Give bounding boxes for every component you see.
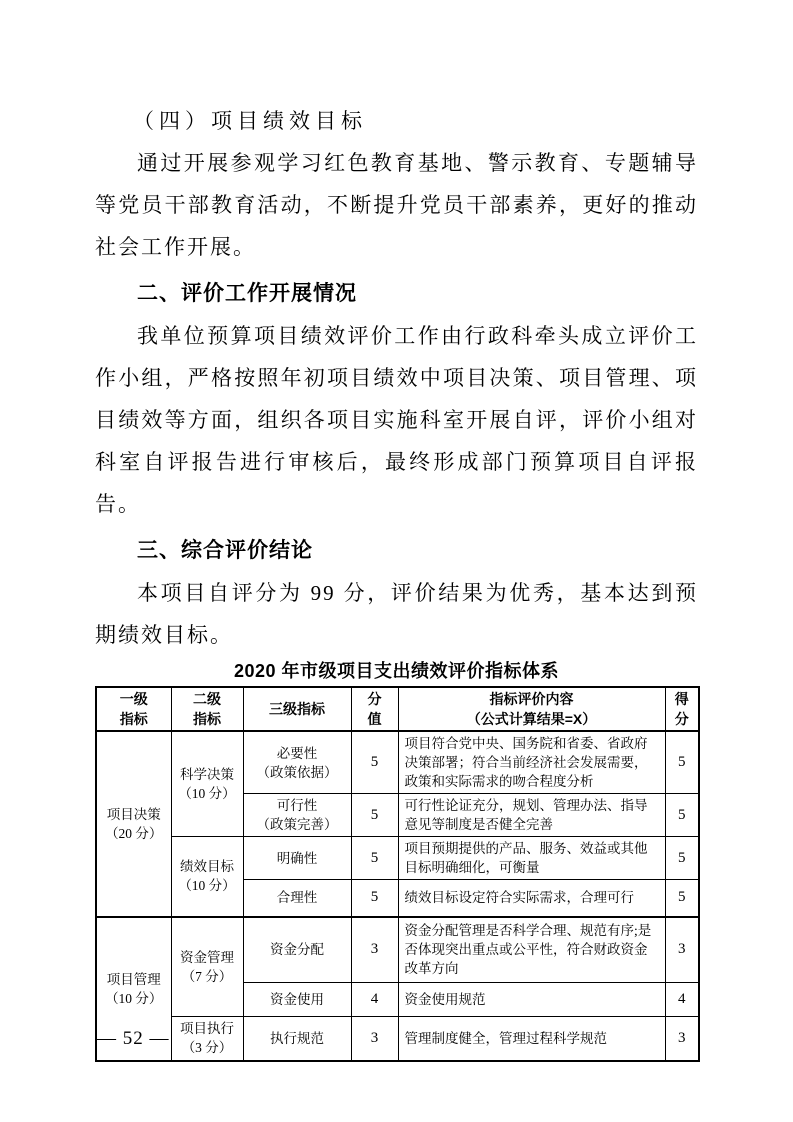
table-row: 项目管理 （10 分） 资金管理 （7 分） 资金分配 3 资金分配管理是否科学… <box>96 917 699 983</box>
cell-got: 3 <box>665 917 699 983</box>
cell-got: 5 <box>665 880 699 917</box>
cell-level3: 合理性 <box>243 880 351 917</box>
cell-content: 项目符合党中央、国务院和省委、省政府决策部署；符合当前经济社会发展需要，政策和实… <box>398 731 665 794</box>
page-number: — 52 — <box>97 1028 170 1050</box>
table-row: 项目决策 （20 分） 科学决策 （10 分） 必要性 （政策依据） 5 项目符… <box>96 731 699 794</box>
cell-level3: 执行规范 <box>243 1017 351 1061</box>
header-level3-indicator: 三级指标 <box>243 687 351 731</box>
section-heading-project-goal: （四）项目绩效目标 <box>95 100 698 142</box>
header-evaluation-content: 指标评价内容 （公式计算结果=X） <box>398 687 665 731</box>
document-page: （四）项目绩效目标 通过开展参观学习红色教育基地、警示教育、专题辅导等党员干部教… <box>0 0 793 1122</box>
cell-level3: 可行性 （政策完善） <box>243 794 351 837</box>
cell-content: 资金使用规范 <box>398 983 665 1017</box>
cell-got: 5 <box>665 794 699 837</box>
paragraph-project-goal: 通过开展参观学习红色教育基地、警示教育、专题辅导等党员干部教育活动，不断提升党员… <box>95 142 698 268</box>
cell-got: 4 <box>665 983 699 1017</box>
cell-got: 5 <box>665 837 699 880</box>
table-header-row: 一级 指标 二级 指标 三级指标 分 值 指标评价内容 （公式计算结果=X） 得… <box>96 687 699 731</box>
cell-content: 绩效目标设定符合实际需求，合理可行 <box>398 880 665 917</box>
cell-content: 管理制度健全，管理过程科学规范 <box>398 1017 665 1061</box>
evaluation-index-table: 一级 指标 二级 指标 三级指标 分 值 指标评价内容 （公式计算结果=X） 得… <box>95 686 700 1062</box>
header-level1-indicator: 一级 指标 <box>96 687 171 731</box>
cell-score: 5 <box>351 880 398 917</box>
cell-level2: 绩效目标 （10 分） <box>171 837 243 917</box>
paragraph-evaluation-work: 我单位预算项目绩效评价工作由行政科牵头成立评价工作小组，严格按照年初项目绩效中项… <box>95 315 698 525</box>
cell-level3: 明确性 <box>243 837 351 880</box>
cell-level2: 资金管理 （7 分） <box>171 917 243 1017</box>
cell-level3: 必要性 （政策依据） <box>243 731 351 794</box>
cell-level3: 资金使用 <box>243 983 351 1017</box>
cell-score: 5 <box>351 731 398 794</box>
cell-score: 4 <box>351 983 398 1017</box>
cell-level2: 科学决策 （10 分） <box>171 731 243 837</box>
cell-score: 3 <box>351 1017 398 1061</box>
paragraph-conclusion: 本项目自评分为 99 分，评价结果为优秀，基本达到预期绩效目标。 <box>95 572 698 656</box>
cell-score: 3 <box>351 917 398 983</box>
cell-score: 5 <box>351 837 398 880</box>
cell-score: 5 <box>351 794 398 837</box>
cell-got: 5 <box>665 731 699 794</box>
cell-level3: 资金分配 <box>243 917 351 983</box>
header-level2-indicator: 二级 指标 <box>171 687 243 731</box>
table-title: 2020 年市级项目支出绩效评价指标体系 <box>95 658 698 684</box>
table-row: 绩效目标 （10 分） 明确性 5 项目预期提供的产品、服务、效益或其他目标明确… <box>96 837 699 880</box>
cell-content: 资金分配管理是否科学合理、规范有序;是否体现突出重点或公平性，符合财政资金改革方… <box>398 917 665 983</box>
header-obtained-score: 得 分 <box>665 687 699 731</box>
cell-level1: 项目决策 （20 分） <box>96 731 171 917</box>
section-heading-conclusion: 三、综合评价结论 <box>95 530 698 572</box>
cell-level2: 项目执行 （3 分） <box>171 1017 243 1061</box>
cell-content: 可行性论证充分，规划、管理办法、指导意见等制度是否健全完善 <box>398 794 665 837</box>
header-score: 分 值 <box>351 687 398 731</box>
cell-content: 项目预期提供的产品、服务、效益或其他目标明确细化，可衡量 <box>398 837 665 880</box>
section-heading-evaluation-work: 二、评价工作开展情况 <box>95 273 698 315</box>
document-body: （四）项目绩效目标 通过开展参观学习红色教育基地、警示教育、专题辅导等党员干部教… <box>95 100 698 1062</box>
table-row: 项目执行 （3 分） 执行规范 3 管理制度健全，管理过程科学规范 3 <box>96 1017 699 1061</box>
cell-got: 3 <box>665 1017 699 1061</box>
